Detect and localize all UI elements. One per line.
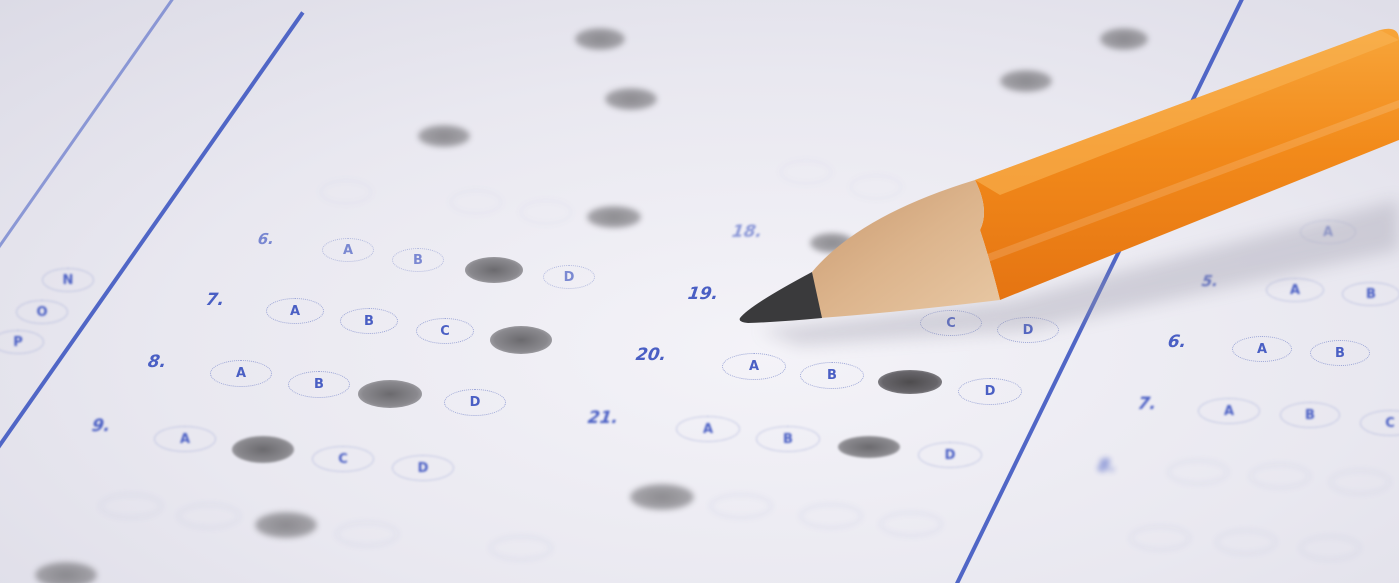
question-number-20: 20. — [635, 345, 668, 365]
r7-option-c[interactable]: C — [1360, 410, 1399, 436]
q20-mark — [878, 370, 942, 394]
question-number-7-right: 7. — [1137, 394, 1158, 414]
r6-option-a[interactable]: A — [1232, 336, 1292, 362]
q21-mark — [838, 436, 900, 458]
r4-option-a[interactable]: A — [1300, 220, 1356, 244]
r7-option-b[interactable]: B — [1280, 402, 1340, 428]
question-number-5-right: 5. — [1201, 272, 1220, 290]
q8-option-a[interactable]: A — [210, 360, 272, 387]
question-number-6: 6. — [257, 230, 276, 248]
bubble-O[interactable]: O — [16, 300, 68, 324]
question-number-7: 7. — [205, 290, 226, 310]
q9-option-d[interactable]: D — [392, 455, 454, 481]
question-number-8: 8. — [147, 352, 168, 372]
q9-option-c[interactable]: C — [312, 446, 374, 472]
question-number-19: 19. — [687, 284, 720, 304]
bubble-N[interactable]: N — [42, 268, 94, 292]
bubble-P[interactable]: P — [0, 330, 44, 354]
q19-option-c[interactable]: C — [920, 310, 982, 336]
question-number-18: 18. — [731, 222, 764, 242]
r5-option-a[interactable]: A — [1266, 278, 1324, 302]
question-number-21: 21. — [587, 408, 620, 428]
question-number-9: 9. — [91, 416, 112, 436]
q7-option-a[interactable]: A — [266, 298, 324, 324]
q7-option-c[interactable]: C — [416, 318, 474, 344]
q6-mark — [465, 257, 523, 283]
q21-option-b[interactable]: B — [756, 426, 820, 452]
q20-option-a[interactable]: A — [722, 353, 786, 380]
q20-option-d[interactable]: D — [958, 378, 1022, 405]
right-divider-line — [955, 0, 1257, 583]
r6-option-b[interactable]: B — [1310, 340, 1370, 366]
q21-option-a[interactable]: A — [676, 416, 740, 442]
q6-option-d[interactable]: D — [543, 265, 595, 289]
q6-option-a[interactable]: A — [322, 238, 374, 262]
question-number-6-right: 6. — [1167, 332, 1188, 352]
r5-option-b[interactable]: B — [1342, 282, 1399, 306]
q8-option-d[interactable]: D — [444, 389, 506, 416]
q19-option-d[interactable]: D — [997, 317, 1059, 343]
q8-option-b[interactable]: B — [288, 371, 350, 398]
answer-sheet: N O P 6. A B D 7. A B C 8. A B D 9. A C … — [0, 0, 1399, 583]
q8-mark — [358, 380, 422, 408]
q6-option-b[interactable]: B — [392, 248, 444, 272]
answer-sheet-photo: N O P 6. A B D 7. A B C 8. A B D 9. A C … — [0, 0, 1399, 583]
q21-option-d[interactable]: D — [918, 442, 982, 468]
q7-mark — [490, 326, 552, 354]
left-divider-line-2 — [0, 0, 203, 302]
q7-option-b[interactable]: B — [340, 308, 398, 334]
q9-option-a[interactable]: A — [154, 426, 216, 452]
q20-option-b[interactable]: B — [800, 362, 864, 389]
r7-option-a[interactable]: A — [1198, 398, 1260, 424]
q9-mark — [232, 436, 294, 463]
